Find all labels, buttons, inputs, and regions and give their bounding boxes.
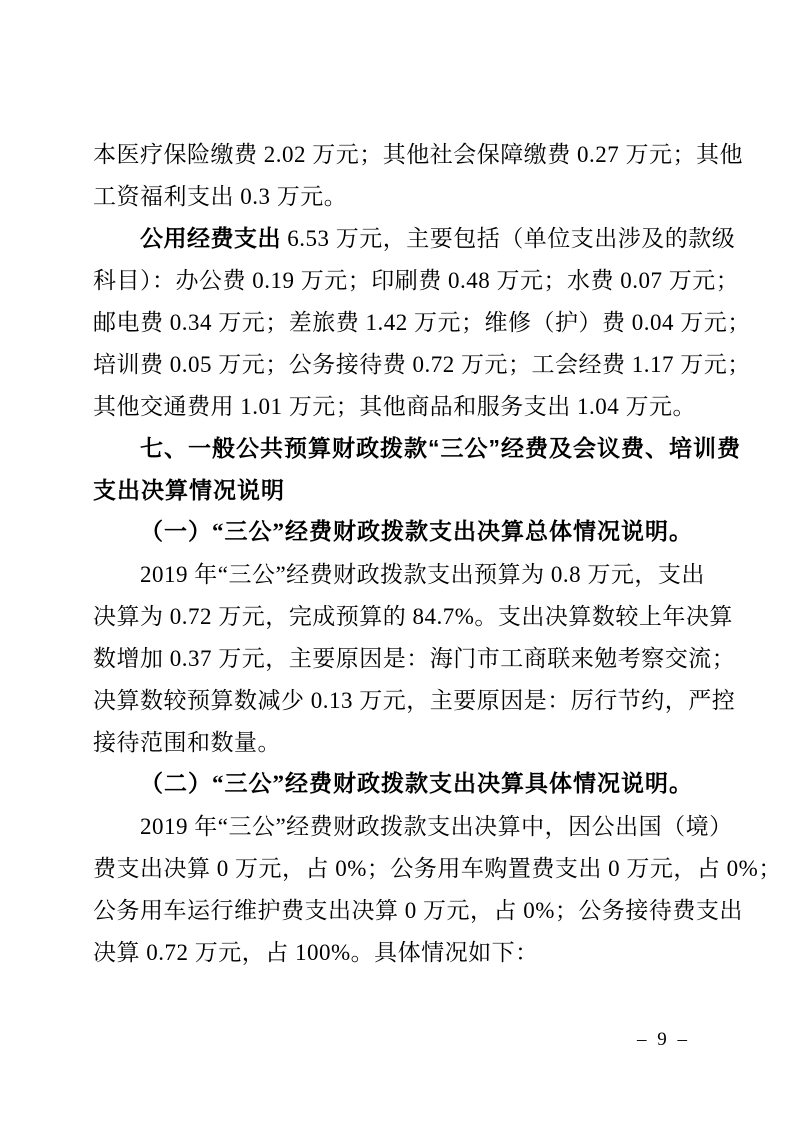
text-line: 接待范围和数量。	[93, 721, 705, 763]
text-line: 公用经费支出 6.53 万元，主要包括（单位支出涉及的款级	[93, 217, 705, 259]
document-page: 本医疗保险缴费 2.02 万元；其他社会保障缴费 0.27 万元；其他 工资福利…	[0, 0, 793, 1122]
text-line: 邮电费 0.34 万元；差旅费 1.42 万元；维修（护）费 0.04 万元；	[93, 301, 705, 343]
text-line: 2019 年“三公”经费财政拨款支出决算中，因公出国（境）	[93, 805, 705, 847]
page-number: – 9 –	[637, 1028, 690, 1052]
text-run: 决算为 0.72 万元，完成预算的 84.7%。支出决算数较上年决算	[93, 604, 733, 629]
section-heading: 支出决算情况说明	[93, 469, 705, 511]
text-run: 七、一般公共预算财政拨款“三公”经费及会议费、培训费	[140, 435, 741, 461]
text-line: 本医疗保险缴费 2.02 万元；其他社会保障缴费 0.27 万元；其他	[93, 133, 705, 175]
text-run: 其他交通费用 1.01 万元；其他商品和服务支出 1.04 万元。	[93, 394, 696, 419]
text-run: 决算 0.72 万元，占 100%。具体情况如下：	[93, 940, 539, 965]
text-line: 数增加 0.37 万元，主要原因是：海门市工商联来勉考察交流；	[93, 637, 705, 679]
text-run: （二）“三公”经费财政拨款支出决算具体情况说明。	[140, 771, 693, 796]
text-run: 科目）：办公费 0.19 万元；印刷费 0.48 万元；水费 0.07 万元；	[93, 268, 739, 293]
text-run: 2019 年“三公”经费财政拨款支出决算中，因公出国（境）	[140, 814, 733, 839]
text-run: 2019 年“三公”经费财政拨款支出预算为 0.8 万元，支出	[140, 562, 705, 587]
text-run: 本医疗保险缴费 2.02 万元；其他社会保障缴费 0.27 万元；其他	[93, 142, 743, 167]
text-run: 邮电费 0.34 万元；差旅费 1.42 万元；维修（护）费 0.04 万元；	[93, 310, 751, 335]
text-line: 工资福利支出 0.3 万元。	[93, 175, 705, 217]
text-line: 决算数较预算数减少 0.13 万元，主要原因是：厉行节约，严控	[93, 679, 705, 721]
section-heading: 七、一般公共预算财政拨款“三公”经费及会议费、培训费	[93, 427, 705, 469]
text-run: 培训费 0.05 万元；公务接待费 0.72 万元；工会经费 1.17 万元；	[93, 352, 751, 377]
text-run: 决算数较预算数减少 0.13 万元，主要原因是：厉行节约，严控	[93, 688, 735, 713]
text-run: 接待范围和数量。	[93, 730, 281, 755]
text-run: 公务用车运行维护费支出决算 0 万元，占 0%；公务接待费支出	[93, 898, 743, 923]
text-line: 费支出决算 0 万元，占 0%；公务用车购置费支出 0 万元，占 0%；	[93, 847, 705, 889]
text-line: 公务用车运行维护费支出决算 0 万元，占 0%；公务接待费支出	[93, 889, 705, 931]
text-run: 工资福利支出 0.3 万元。	[93, 184, 347, 209]
text-line: 培训费 0.05 万元；公务接待费 0.72 万元；工会经费 1.17 万元；	[93, 343, 705, 385]
text-run: 费支出决算 0 万元，占 0%；公务用车购置费支出 0 万元，占 0%；	[93, 856, 782, 881]
text-line: 科目）：办公费 0.19 万元；印刷费 0.48 万元；水费 0.07 万元；	[93, 259, 705, 301]
text-run: 数增加 0.37 万元，主要原因是：海门市工商联来勉考察交流；	[93, 646, 735, 671]
text-line: 2019 年“三公”经费财政拨款支出预算为 0.8 万元，支出	[93, 553, 705, 595]
text-line: 决算 0.72 万元，占 100%。具体情况如下：	[93, 931, 705, 973]
text-line: 决算为 0.72 万元，完成预算的 84.7%。支出决算数较上年决算	[93, 595, 705, 637]
sub-heading: （二）“三公”经费财政拨款支出决算具体情况说明。	[93, 763, 705, 805]
text-block: 本医疗保险缴费 2.02 万元；其他社会保障缴费 0.27 万元；其他 工资福利…	[93, 133, 705, 973]
sub-heading: （一）“三公”经费财政拨款支出决算总体情况说明。	[93, 511, 705, 553]
text-run: （一）“三公”经费财政拨款支出决算总体情况说明。	[140, 519, 693, 544]
text-run: 6.53 万元，主要包括（单位支出涉及的款级	[281, 226, 735, 251]
bold-run: 公用经费支出	[140, 225, 281, 251]
text-line: 其他交通费用 1.01 万元；其他商品和服务支出 1.04 万元。	[93, 385, 705, 427]
text-run: 支出决算情况说明	[93, 477, 285, 503]
